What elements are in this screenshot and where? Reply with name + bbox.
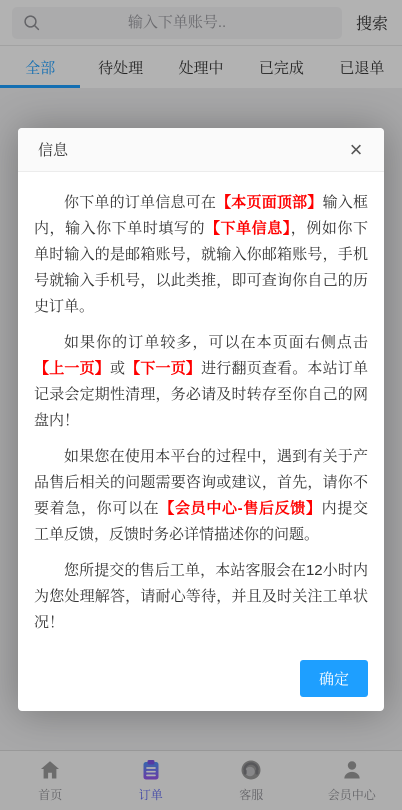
modal-paragraph: 你下单的订单信息可在【本页面顶部】输入框内，输入你下单时填写的【下单信息】，例如… — [34, 190, 368, 320]
confirm-button[interactable]: 确定 — [300, 660, 368, 697]
modal-header: 信息 × — [18, 128, 384, 172]
info-modal: 信息 × 你下单的订单信息可在【本页面顶部】输入框内，输入你下单时填写的【下单信… — [18, 128, 384, 711]
modal-paragraph: 如果你的订单较多，可以在本页面右侧点击【上一页】或【下一页】进行翻页查看。本站订… — [34, 330, 368, 434]
modal-title: 信息 — [38, 139, 68, 160]
modal-footer: 确定 — [18, 652, 384, 711]
modal-paragraph: 您所提交的售后工单，本站客服会在12小时内为您处理解答，请耐心等待，并且及时关注… — [34, 558, 368, 636]
close-icon[interactable]: × — [342, 136, 370, 164]
modal-body: 你下单的订单信息可在【本页面顶部】输入框内，输入你下单时填写的【下单信息】，例如… — [18, 172, 384, 652]
modal-paragraph: 如果您在使用本平台的过程中，遇到有关于产品售后相关的问题需要咨询或建议，首先，请… — [34, 444, 368, 548]
